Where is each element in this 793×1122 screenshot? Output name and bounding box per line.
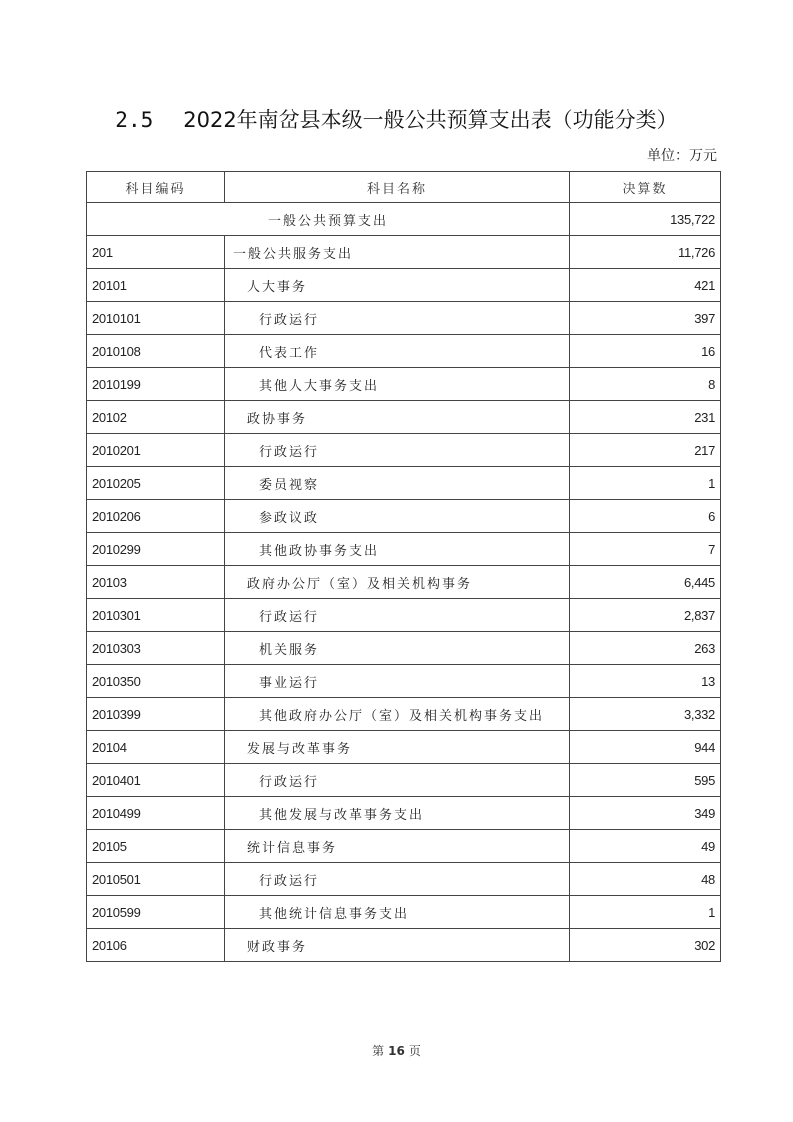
- row-value: 2,837: [570, 599, 721, 632]
- row-name: 机关服务: [225, 632, 570, 665]
- row-name: 参政议政: [225, 500, 570, 533]
- row-code: 20103: [87, 566, 225, 599]
- row-name: 人大事务: [225, 269, 570, 302]
- row-name: 行政运行: [225, 599, 570, 632]
- table-row: 2010101行政运行397: [87, 302, 721, 335]
- table-row: 2010350事业运行13: [87, 665, 721, 698]
- table-row: 2010201行政运行217: [87, 434, 721, 467]
- section-number: 2.5: [115, 108, 153, 132]
- row-code: 2010299: [87, 533, 225, 566]
- row-value: 49: [570, 830, 721, 863]
- row-value: 7: [570, 533, 721, 566]
- table-row: 201一般公共服务支出11,726: [87, 236, 721, 269]
- table-row: 2010108代表工作16: [87, 335, 721, 368]
- row-code: 2010401: [87, 764, 225, 797]
- page-footer: 第16页: [0, 1042, 793, 1059]
- row-name: 委员视察: [225, 467, 570, 500]
- row-code: 20101: [87, 269, 225, 302]
- table-row: 20106财政事务302: [87, 929, 721, 962]
- row-value: 421: [570, 269, 721, 302]
- row-code: 20105: [87, 830, 225, 863]
- row-value: 6,445: [570, 566, 721, 599]
- row-code: 201: [87, 236, 225, 269]
- row-code: 20106: [87, 929, 225, 962]
- page-title: 2.52022年南岔县本级一般公共预算支出表（功能分类）: [0, 104, 793, 134]
- row-value: 13: [570, 665, 721, 698]
- row-code: 2010199: [87, 368, 225, 401]
- row-code: 20102: [87, 401, 225, 434]
- row-value: 3,332: [570, 698, 721, 731]
- page-number: 16: [388, 1044, 405, 1058]
- header-code: 科目编码: [87, 172, 225, 203]
- row-name: 政协事务: [225, 401, 570, 434]
- total-value: 135,722: [570, 203, 721, 236]
- budget-table: 科目编码 科目名称 决算数 一般公共预算支出 135,722 201一般公共服务…: [86, 171, 721, 962]
- row-code: 2010399: [87, 698, 225, 731]
- row-value: 8: [570, 368, 721, 401]
- row-code: 20104: [87, 731, 225, 764]
- row-name: 代表工作: [225, 335, 570, 368]
- table-row: 20104发展与改革事务944: [87, 731, 721, 764]
- row-value: 217: [570, 434, 721, 467]
- table-row: 20103政府办公厅（室）及相关机构事务6,445: [87, 566, 721, 599]
- row-code: 2010101: [87, 302, 225, 335]
- row-name: 其他发展与改革事务支出: [225, 797, 570, 830]
- row-name: 财政事务: [225, 929, 570, 962]
- row-code: 2010303: [87, 632, 225, 665]
- row-name: 行政运行: [225, 434, 570, 467]
- table-row: 2010199其他人大事务支出8: [87, 368, 721, 401]
- row-name: 其他政府办公厅（室）及相关机构事务支出: [225, 698, 570, 731]
- table-row: 2010499其他发展与改革事务支出349: [87, 797, 721, 830]
- table-row: 20102政协事务231: [87, 401, 721, 434]
- header-row: 科目编码 科目名称 决算数: [87, 172, 721, 203]
- title-text: 2022年南岔县本级一般公共预算支出表（功能分类）: [183, 108, 677, 132]
- row-code: 2010301: [87, 599, 225, 632]
- row-code: 2010205: [87, 467, 225, 500]
- header-name: 科目名称: [225, 172, 570, 203]
- footer-suffix: 页: [409, 1044, 421, 1058]
- row-value: 1: [570, 896, 721, 929]
- row-value: 231: [570, 401, 721, 434]
- total-label: 一般公共预算支出: [87, 203, 570, 236]
- row-value: 16: [570, 335, 721, 368]
- row-code: 2010350: [87, 665, 225, 698]
- row-code: 2010599: [87, 896, 225, 929]
- row-code: 2010206: [87, 500, 225, 533]
- row-value: 944: [570, 731, 721, 764]
- row-name: 一般公共服务支出: [225, 236, 570, 269]
- row-value: 11,726: [570, 236, 721, 269]
- row-value: 397: [570, 302, 721, 335]
- row-name: 其他统计信息事务支出: [225, 896, 570, 929]
- row-value: 349: [570, 797, 721, 830]
- table-row: 2010401行政运行595: [87, 764, 721, 797]
- footer-prefix: 第: [372, 1044, 384, 1058]
- table-row: 2010399其他政府办公厅（室）及相关机构事务支出3,332: [87, 698, 721, 731]
- table-row: 2010299其他政协事务支出7: [87, 533, 721, 566]
- row-value: 302: [570, 929, 721, 962]
- row-name: 统计信息事务: [225, 830, 570, 863]
- unit-label: 单位：万元: [647, 145, 717, 165]
- row-value: 1: [570, 467, 721, 500]
- row-name: 行政运行: [225, 302, 570, 335]
- row-name: 事业运行: [225, 665, 570, 698]
- header-value: 决算数: [570, 172, 721, 203]
- table-row: 2010303机关服务263: [87, 632, 721, 665]
- row-value: 48: [570, 863, 721, 896]
- table-row: 2010301行政运行2,837: [87, 599, 721, 632]
- total-row: 一般公共预算支出 135,722: [87, 203, 721, 236]
- row-name: 其他人大事务支出: [225, 368, 570, 401]
- table-row: 2010599其他统计信息事务支出1: [87, 896, 721, 929]
- row-code: 2010499: [87, 797, 225, 830]
- row-code: 2010108: [87, 335, 225, 368]
- table-row: 20105统计信息事务49: [87, 830, 721, 863]
- row-name: 行政运行: [225, 764, 570, 797]
- row-name: 行政运行: [225, 863, 570, 896]
- row-name: 发展与改革事务: [225, 731, 570, 764]
- row-code: 2010201: [87, 434, 225, 467]
- row-name: 其他政协事务支出: [225, 533, 570, 566]
- row-code: 2010501: [87, 863, 225, 896]
- row-value: 263: [570, 632, 721, 665]
- table-row: 2010501行政运行48: [87, 863, 721, 896]
- row-name: 政府办公厅（室）及相关机构事务: [225, 566, 570, 599]
- table-row: 2010206参政议政6: [87, 500, 721, 533]
- table-row: 20101人大事务421: [87, 269, 721, 302]
- table-row: 2010205委员视察1: [87, 467, 721, 500]
- row-value: 595: [570, 764, 721, 797]
- row-value: 6: [570, 500, 721, 533]
